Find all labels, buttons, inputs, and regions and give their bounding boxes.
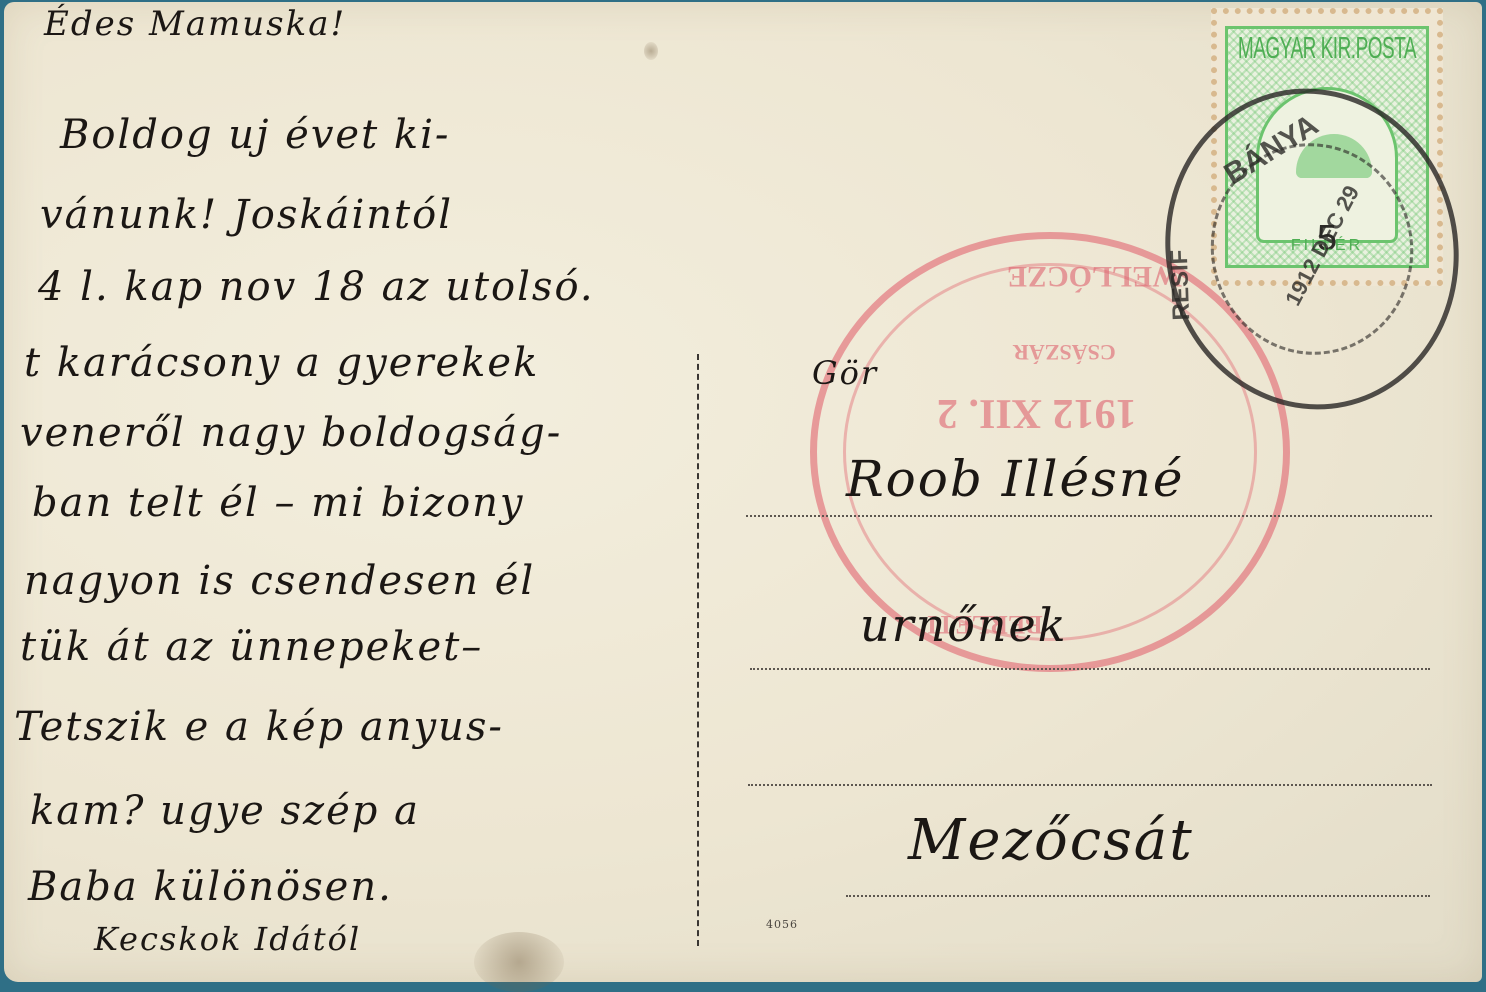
address-line-4	[846, 895, 1430, 897]
red-postmark-text: CSÁSZÁR	[1013, 339, 1116, 365]
address-line-3	[748, 784, 1432, 786]
message-line: Baba különösen.	[28, 864, 393, 910]
address-town: Mezőcsát	[908, 808, 1194, 873]
message-line: ban telt él – mi bizony	[32, 480, 525, 526]
stamp-country: MAGYAR KIR.POSTA	[1228, 32, 1426, 67]
stain	[474, 932, 564, 987]
greeting: Édes Mamuska!	[44, 4, 346, 44]
signature: Kecskok Idától	[94, 920, 361, 958]
message-line: nagyon is csendesen él	[24, 558, 535, 604]
black-postmark-text: RESIF	[1166, 249, 1196, 321]
message-line: veneről nagy boldogság-	[20, 410, 562, 456]
message-line: kam? ugye szép a	[30, 788, 420, 834]
printed-imprint: 4056	[766, 918, 798, 931]
address-name: Roob Illésné	[846, 450, 1185, 508]
address-line-2	[750, 668, 1430, 670]
message-line: Tetszik e a kép anyus-	[14, 704, 504, 750]
address-salutation: Gör	[812, 354, 878, 392]
center-divider	[697, 354, 699, 946]
address-line-1	[746, 515, 1432, 517]
message-line: tük át az ünnepeket–	[20, 624, 483, 670]
stain	[644, 42, 658, 60]
message-line: t karácsony a gyerekek	[24, 340, 539, 386]
address-honorific: urnőnek	[860, 598, 1068, 652]
message-line: Boldog uj évet ki-	[60, 112, 450, 158]
message-line: 4 l. kap nov 18 az utolsó.	[38, 264, 595, 310]
postcard: Édes Mamuska! Boldog uj évet ki- vánunk!…	[4, 2, 1482, 982]
message-line: vánunk! Joskáintól	[40, 192, 453, 238]
red-postmark-text: WELLÓCZE	[1007, 259, 1182, 293]
red-postmark-date: 1912 XII. 2	[937, 389, 1137, 437]
